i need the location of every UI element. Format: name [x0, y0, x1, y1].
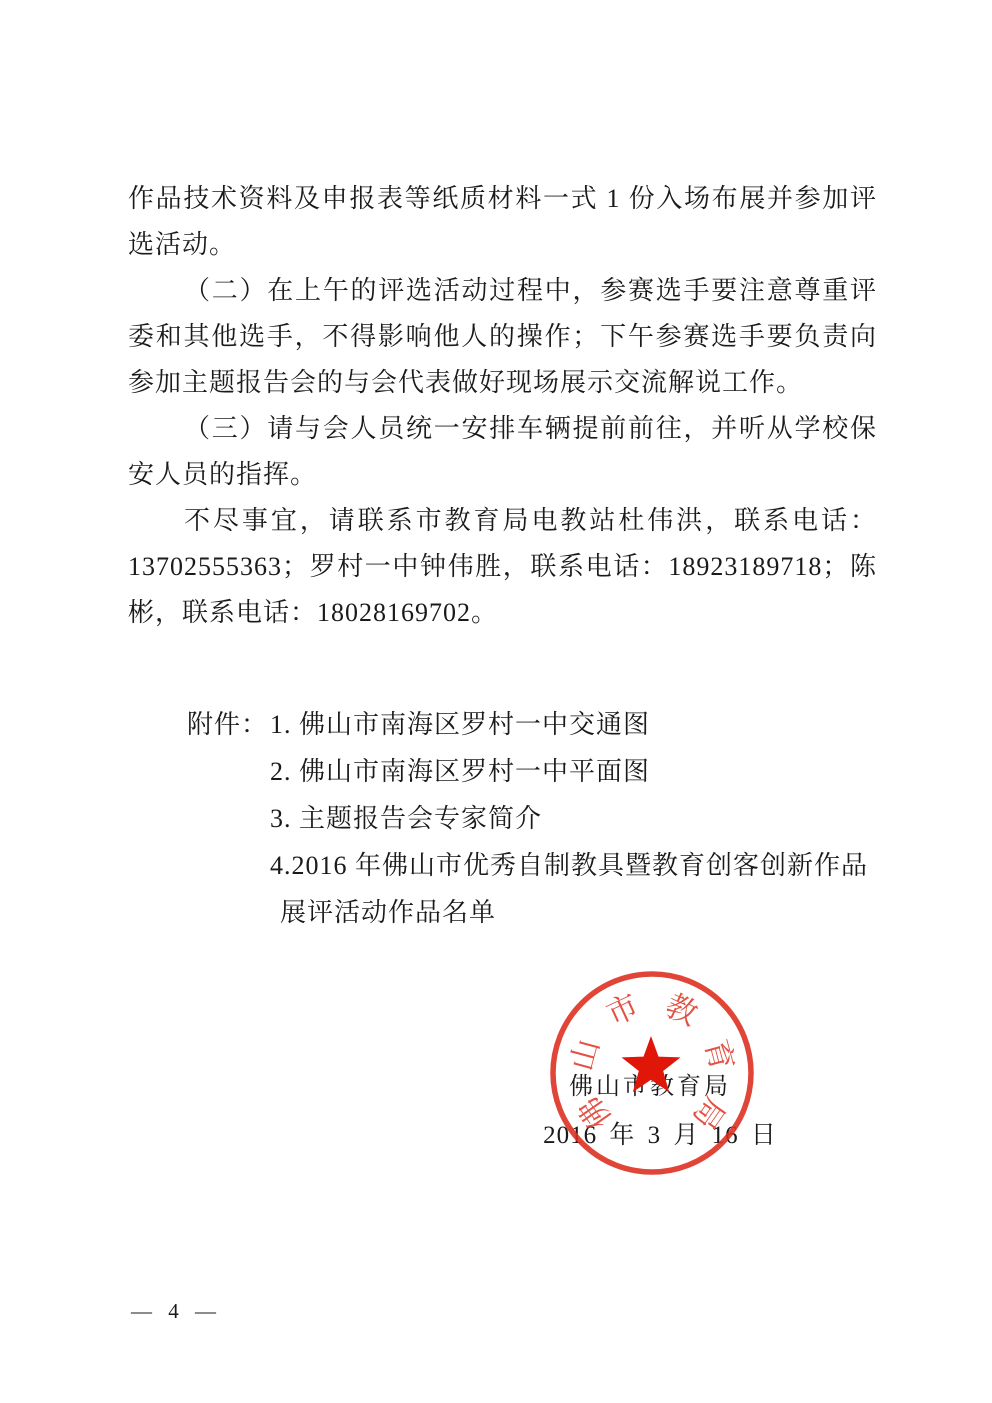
issuer-name: 佛山市教育局	[500, 1066, 800, 1101]
page-number: — 4 —	[131, 1299, 218, 1324]
attachment-line-4: 4.2016 年佛山市优秀自制教具暨教育创客创新作品	[270, 842, 868, 889]
seal-ring-char-jiao: 教	[660, 988, 703, 1033]
attachment-line-1: 1. 佛山市南海区罗村一中交通图	[270, 701, 868, 748]
seal-ring-char-shi: 市	[601, 988, 644, 1033]
issue-date: 2016 年 3 月 16 日	[510, 1115, 810, 1151]
attachment-line-4-continuation: 展评活动作品名单	[280, 889, 868, 936]
attachments-label: 附件：	[187, 701, 268, 748]
paragraph-materials: 作品技术资料及申报表等纸质材料一式 1 份入场布展并参加评选活动。	[128, 176, 877, 268]
attachment-line-2: 2. 佛山市南海区罗村一中平面图	[270, 748, 868, 795]
attachments-list: 1. 佛山市南海区罗村一中交通图 2. 佛山市南海区罗村一中平面图 3. 主题报…	[270, 701, 868, 936]
paragraph-item-3: （三）请与会人员统一安排车辆提前前往，并听从学校保安人员的指挥。	[128, 406, 877, 498]
document-body: 作品技术资料及申报表等纸质材料一式 1 份入场布展并参加评选活动。 （二）在上午…	[128, 176, 877, 636]
attachment-line-3: 3. 主题报告会专家简介	[270, 795, 868, 842]
attachments-block: 附件： 1. 佛山市南海区罗村一中交通图 2. 佛山市南海区罗村一中平面图 3.…	[187, 701, 868, 936]
paragraph-item-2: （二）在上午的评选活动过程中，参赛选手要注意尊重评委和其他选手，不得影响他人的操…	[128, 268, 877, 406]
document-page: { "colors": { "seal_red": "#dc2b1b", "st…	[0, 0, 992, 1403]
paragraph-contact-info: 不尽事宜，请联系市教育局电教站杜伟洪，联系电话：13702555363；罗村一中…	[128, 498, 877, 636]
